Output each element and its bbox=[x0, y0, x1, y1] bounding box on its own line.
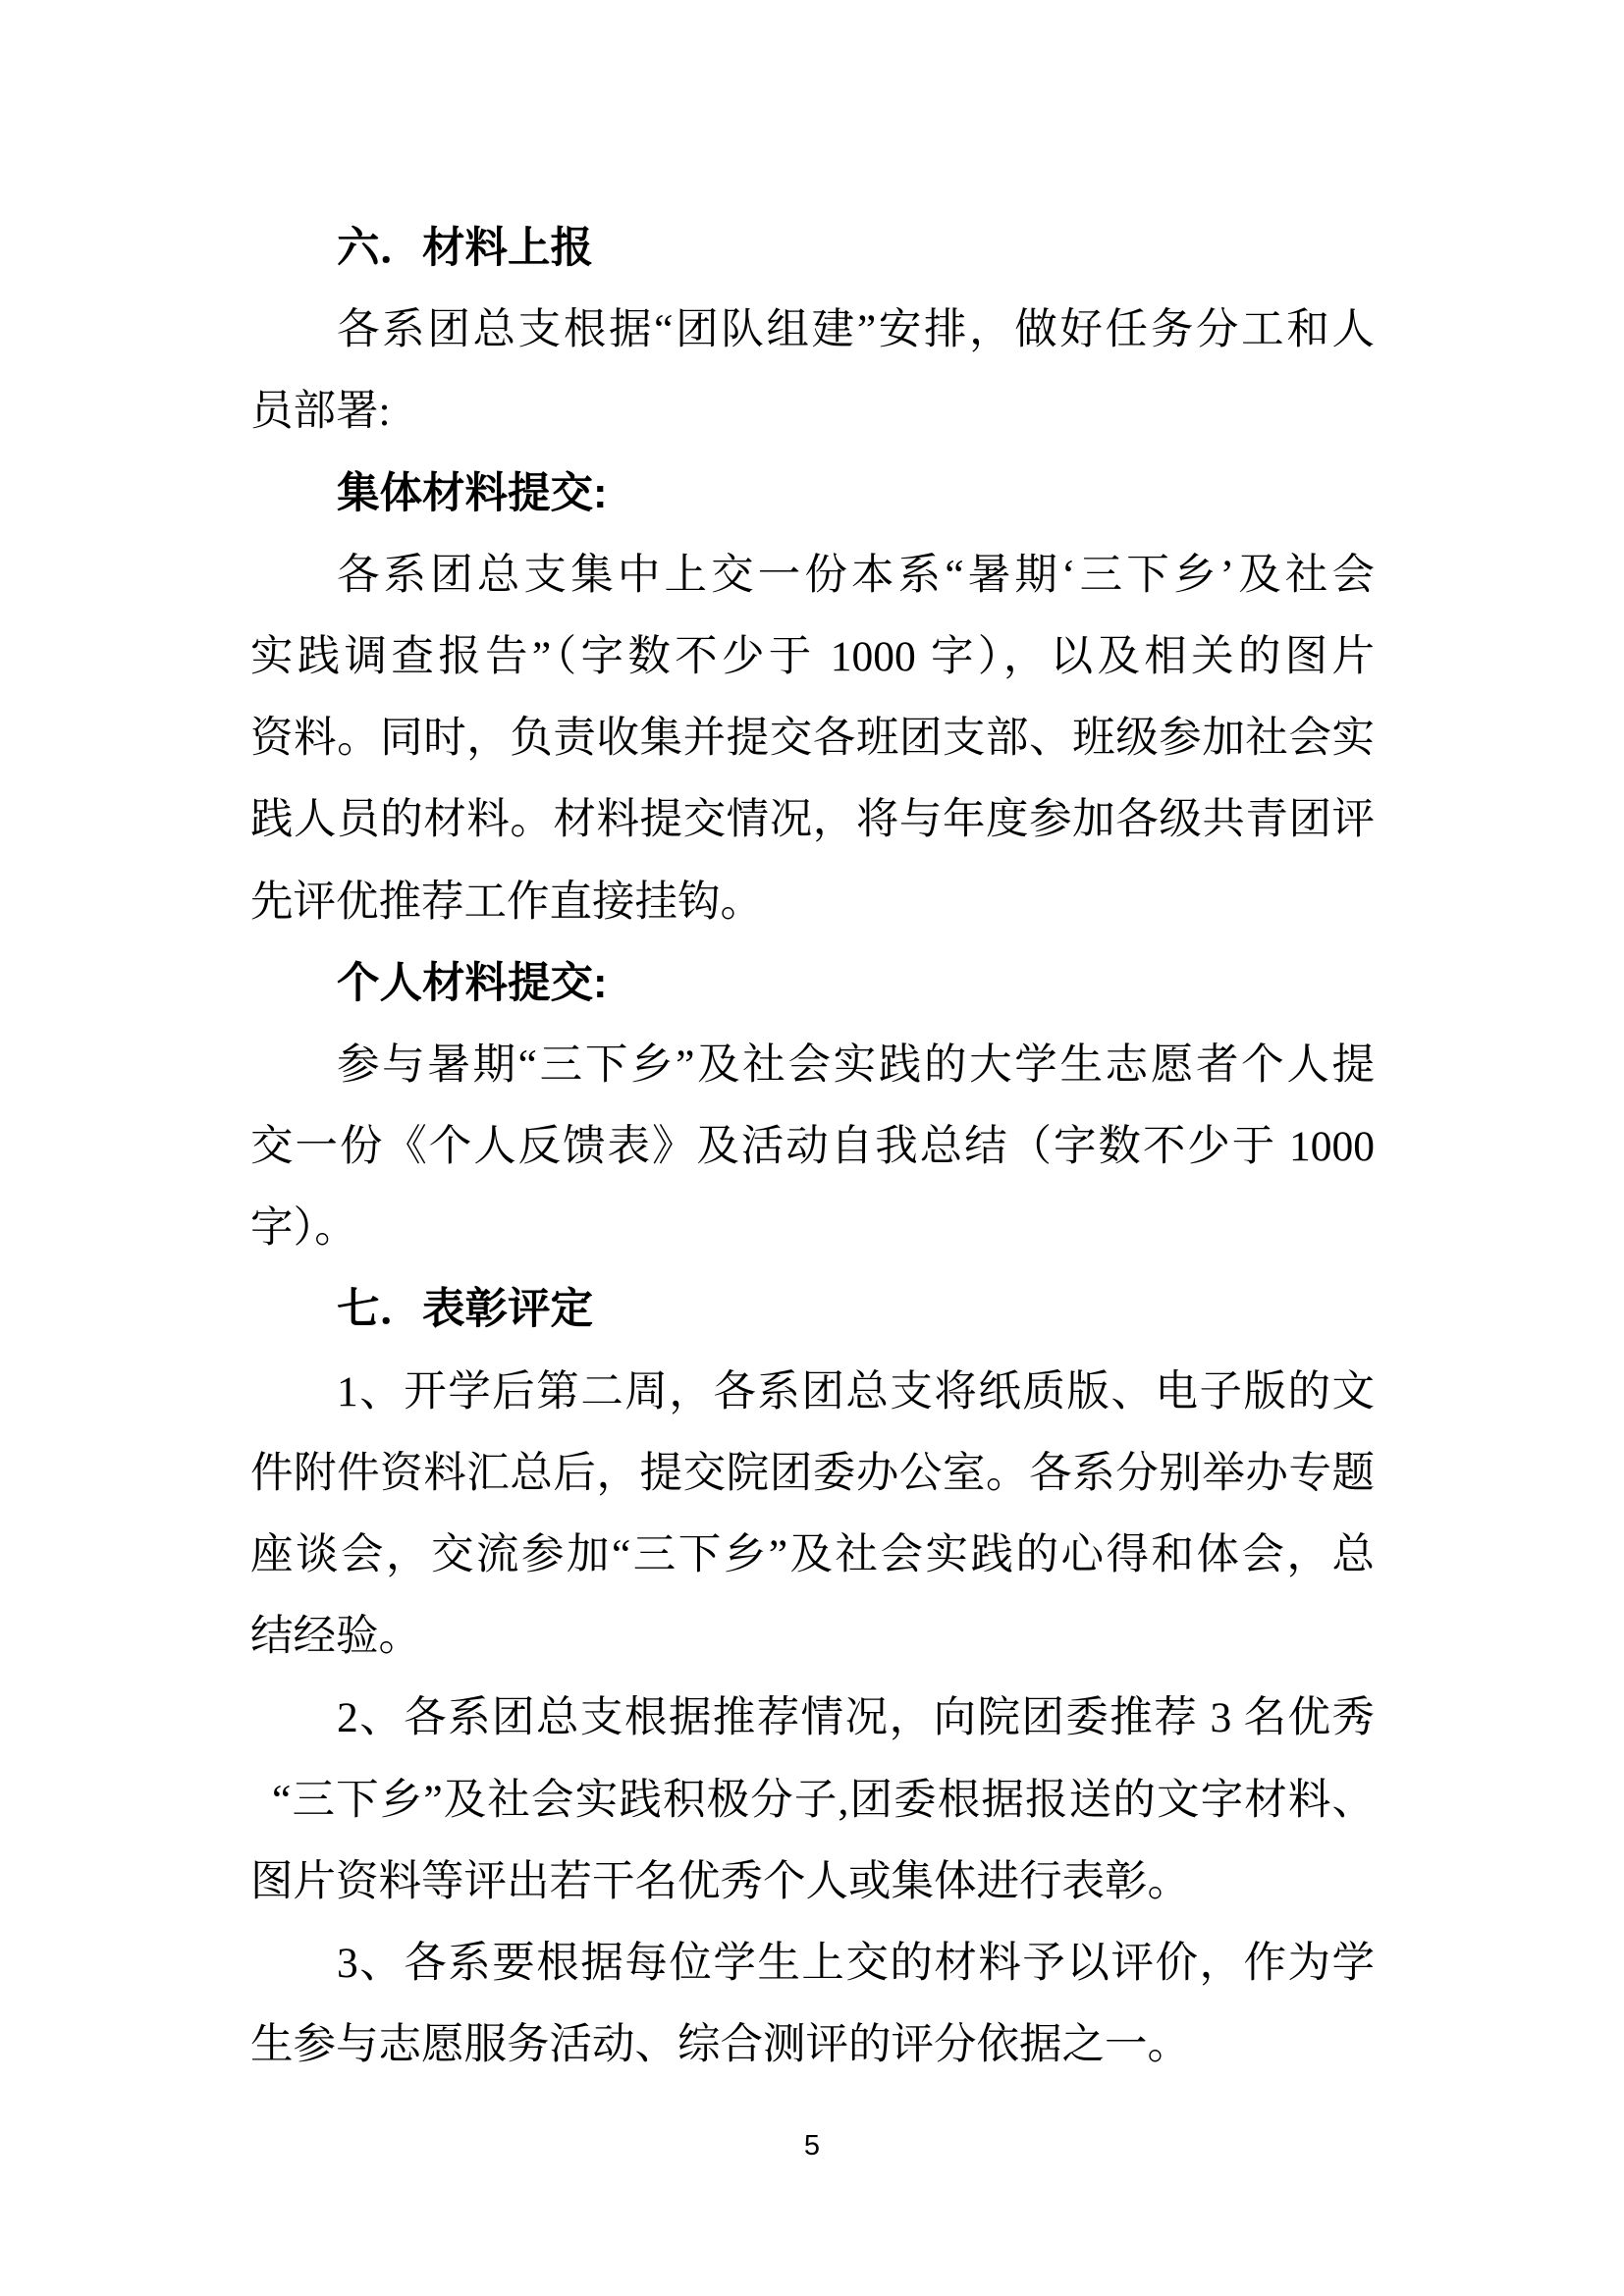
text-line: 实践调查报告”（字数不少于 1000 字），以及相关的图片 bbox=[250, 616, 1375, 698]
text-line: 参与暑期“三下乡”及社会实践的大学生志愿者个人提 bbox=[250, 1025, 1375, 1106]
text-line: 各系团总支集中上交一份本系“暑期‘三下乡’及社会 bbox=[250, 535, 1375, 616]
heading-line: 七．表彰评定 bbox=[250, 1269, 1375, 1351]
heading-line: 六．材料上报 bbox=[250, 208, 1375, 290]
heading-line: 集体材料提交: bbox=[250, 454, 1375, 535]
text-line: 资料。同时，负责收集并提交各班团支部、班级参加社会实 bbox=[250, 698, 1375, 779]
text-line: 2、各系团总支根据推荐情况，向院团委推荐 3 名优秀 bbox=[250, 1678, 1375, 1759]
text-line: “三下乡”及社会实践积极分子,团委根据报送的文字材料、 bbox=[250, 1760, 1375, 1842]
text-line: 各系团总支根据“团队组建”安排，做好任务分工和人 bbox=[250, 290, 1375, 371]
text-line: 图片资料等评出若干名优秀个人或集体进行表彰。 bbox=[250, 1842, 1375, 1923]
text-line: 1、开学后第二周，各系团总支将纸质版、电子版的文 bbox=[250, 1352, 1375, 1433]
text-line: 结经验。 bbox=[250, 1596, 1375, 1678]
document-body: 六．材料上报各系团总支根据“团队组建”安排，做好任务分工和人员部署:集体材料提交… bbox=[250, 208, 1375, 2086]
text-line: 件附件资料汇总后，提交院团委办公室。各系分别举办专题 bbox=[250, 1433, 1375, 1515]
text-line: 交一份《个人反馈表》及活动自我总结（字数不少于 1000 bbox=[250, 1106, 1375, 1188]
text-line: 3、各系要根据每位学生上交的材料予以评价，作为学 bbox=[250, 1923, 1375, 2004]
text-line: 员部署: bbox=[250, 371, 1375, 453]
text-line: 践人员的材料。材料提交情况，将与年度参加各级共青团评 bbox=[250, 779, 1375, 861]
text-line: 先评优推荐工作直接挂钩。 bbox=[250, 862, 1375, 943]
text-line: 生参与志愿服务活动、综合测评的评分依据之一。 bbox=[250, 2004, 1375, 2086]
document-page: 六．材料上报各系团总支根据“团队组建”安排，做好任务分工和人员部署:集体材料提交… bbox=[0, 0, 1624, 2296]
text-line: 座谈会，交流参加“三下乡”及社会实践的心得和体会，总 bbox=[250, 1515, 1375, 1596]
heading-line: 个人材料提交: bbox=[250, 943, 1375, 1025]
text-line: 字）。 bbox=[250, 1188, 1375, 1269]
page-number: 5 bbox=[0, 2126, 1624, 2165]
